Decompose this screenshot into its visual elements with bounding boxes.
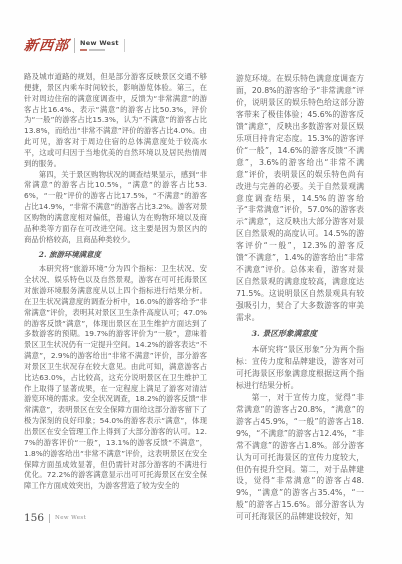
right-text-column: 游览环境。在娱乐特色满意度调查方面，20.8%的游客给予“非常满意”评价，说明景… bbox=[236, 73, 364, 523]
body-paragraph: 第一，对于宣传力度，觉得“非常满意”的游客占20.8%，“满意”的游客占45.9… bbox=[236, 392, 364, 523]
logo-divider-right bbox=[124, 39, 125, 52]
body-paragraph: 本研究将“旅游环境”分为四个指标：卫生状况、安全状况、娱乐特色以及自然景观，游客… bbox=[24, 264, 207, 492]
logo-subtitle-gray-bar bbox=[89, 49, 105, 51]
footer-divider bbox=[49, 514, 50, 523]
journal-logo: 新西部 New West bbox=[24, 38, 125, 53]
body-paragraph: 第四，关于景区购物状况的调查结果显示，感到“非常满意”的游客占比10.5%，“满… bbox=[24, 170, 207, 246]
body-paragraph: 游览环境。在娱乐特色满意度调查方面，20.8%的游客给予“非常满意”评价，说明景… bbox=[236, 73, 364, 324]
logo-english-text: New West bbox=[80, 40, 119, 47]
section-heading: 3. 景区形象满意度 bbox=[236, 328, 364, 340]
logo-divider bbox=[74, 38, 75, 53]
journal-page: 新西部 New West 路及城市道路的规划，但是部分游客反映景区交通不够便捷，… bbox=[0, 0, 402, 564]
body-paragraph: 本研究将“景区形象”分为两个指标：宣传力度和品牌建设，游客对可可托海景区形象满意… bbox=[236, 344, 364, 392]
page-footer: 156 New West bbox=[24, 513, 86, 524]
logo-chinese-script: 新西部 bbox=[23, 39, 69, 53]
left-text-column: 路及城市道路的规划，但是部分游客反映景区交通不够便捷，景区内乘车时间较长，影响游… bbox=[24, 72, 207, 492]
section-heading: 2. 旅游环境满意度 bbox=[24, 250, 207, 261]
footer-journal-name: New West bbox=[55, 516, 86, 522]
logo-subtitle-marks bbox=[80, 49, 119, 51]
body-paragraph: 路及城市道路的规划，但是部分游客反映景区交通不够便捷，景区内乘车时间较长，影响游… bbox=[24, 72, 207, 170]
logo-wordmark: New West bbox=[80, 40, 119, 51]
logo-subtitle-red-bar bbox=[80, 49, 87, 51]
page-number: 156 bbox=[24, 513, 44, 524]
